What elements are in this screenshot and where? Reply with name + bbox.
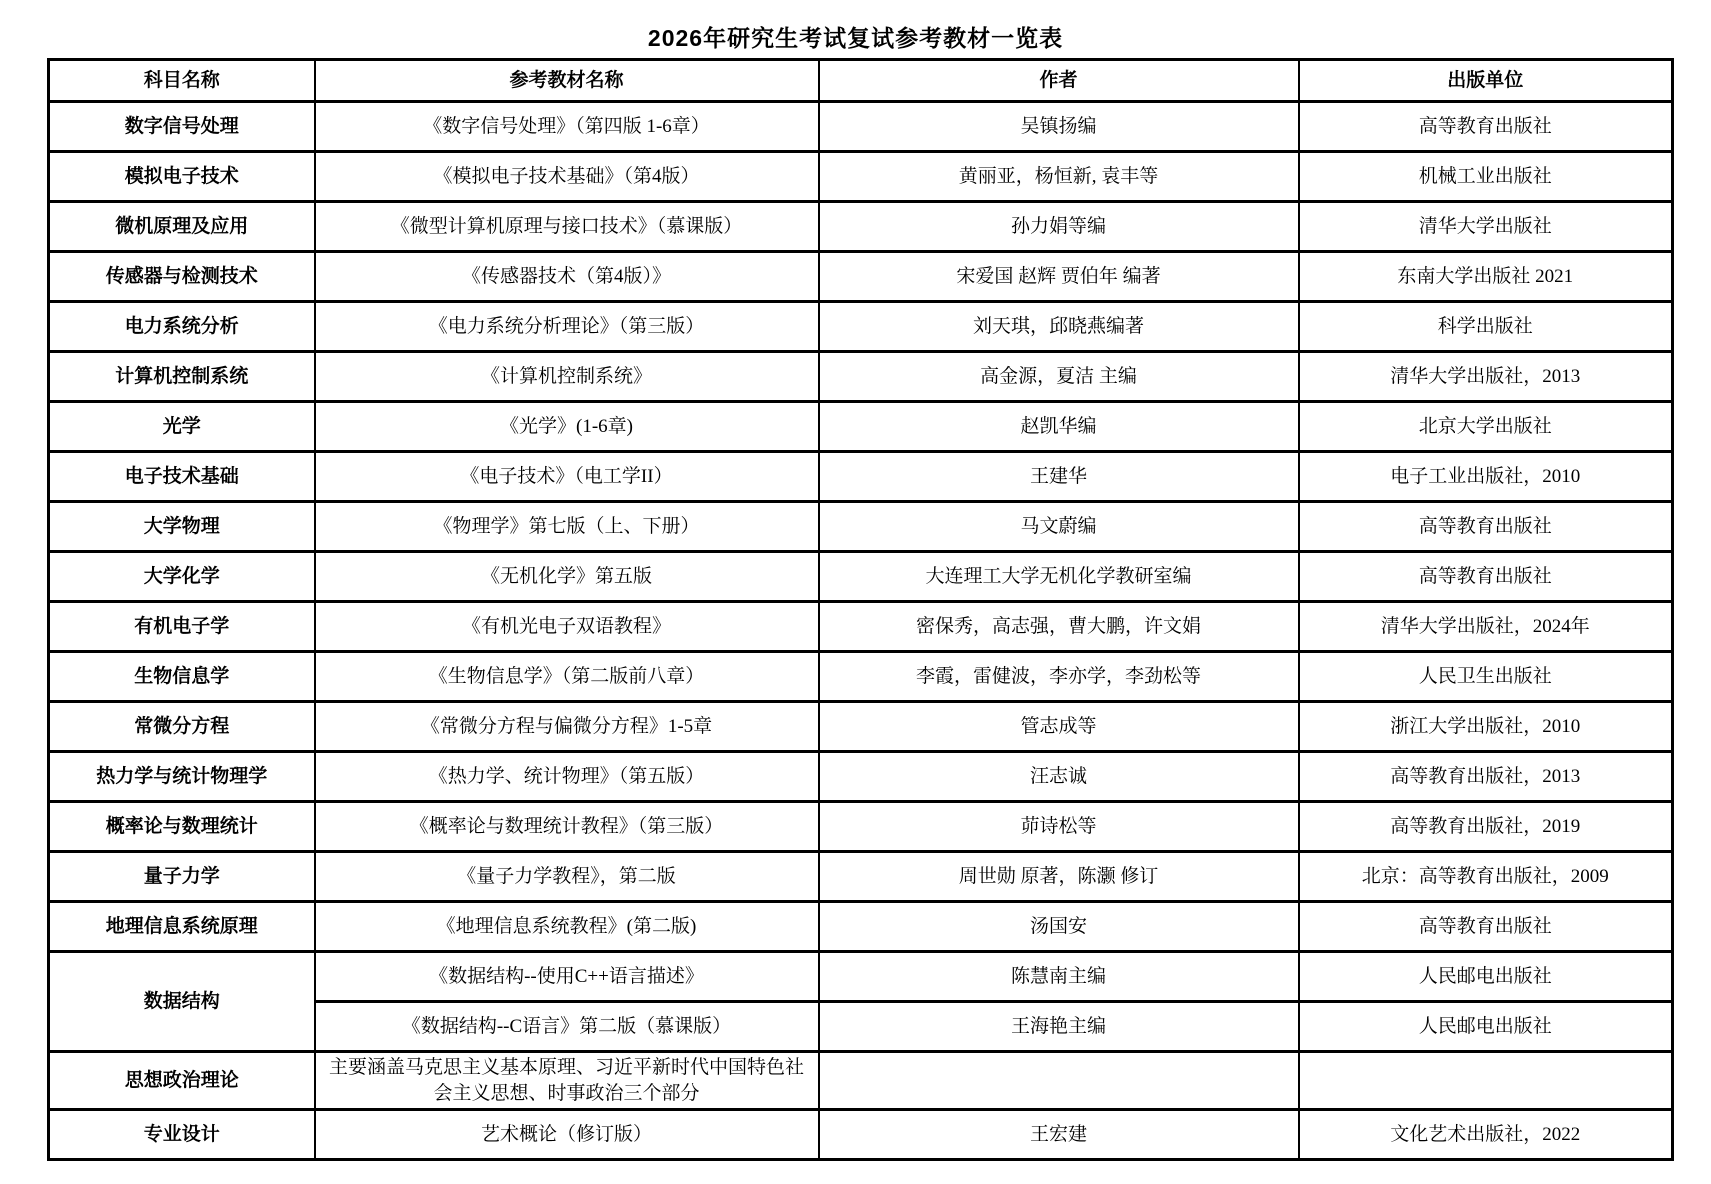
publisher-cell: 高等教育出版社 bbox=[1299, 552, 1673, 602]
header-row: 科目名称 参考教材名称 作者 出版单位 bbox=[49, 60, 1673, 102]
author-cell: 周世勋 原著，陈灏 修订 bbox=[819, 852, 1299, 902]
table-row: 地理信息系统原理《地理信息系统教程》(第二版)汤国安高等教育出版社 bbox=[49, 902, 1673, 952]
author-cell bbox=[819, 1052, 1299, 1110]
table-row: 思想政治理论主要涵盖马克思主义基本原理、习近平新时代中国特色社会主义思想、时事政… bbox=[49, 1052, 1673, 1110]
publisher-cell: 北京：高等教育出版社，2009 bbox=[1299, 852, 1673, 902]
table-row: 传感器与检测技术《传感器技术（第4版）》宋爱国 赵辉 贾伯年 编著东南大学出版社… bbox=[49, 252, 1673, 302]
publisher-cell: 高等教育出版社，2013 bbox=[1299, 752, 1673, 802]
subject-cell: 概率论与数理统计 bbox=[49, 802, 315, 852]
subject-cell: 思想政治理论 bbox=[49, 1052, 315, 1110]
author-cell: 王海艳主编 bbox=[819, 1002, 1299, 1052]
subject-cell: 常微分方程 bbox=[49, 702, 315, 752]
textbook-cell: 《地理信息系统教程》(第二版) bbox=[315, 902, 819, 952]
table-row: 概率论与数理统计《概率论与数理统计教程》（第三版）茆诗松等高等教育出版社，201… bbox=[49, 802, 1673, 852]
publisher-cell: 人民邮电出版社 bbox=[1299, 952, 1673, 1002]
textbook-cell: 《有机光电子双语教程》 bbox=[315, 602, 819, 652]
subject-cell: 模拟电子技术 bbox=[49, 152, 315, 202]
author-cell: 陈慧南主编 bbox=[819, 952, 1299, 1002]
publisher-cell bbox=[1299, 1052, 1673, 1110]
author-cell: 马文蔚编 bbox=[819, 502, 1299, 552]
textbook-cell: 《计算机控制系统》 bbox=[315, 352, 819, 402]
author-cell: 密保秀，高志强，曹大鹏，许文娟 bbox=[819, 602, 1299, 652]
table-row: 微机原理及应用《微型计算机原理与接口技术》（慕课版）孙力娟等编清华大学出版社 bbox=[49, 202, 1673, 252]
publisher-cell: 清华大学出版社 bbox=[1299, 202, 1673, 252]
textbook-cell: 主要涵盖马克思主义基本原理、习近平新时代中国特色社会主义思想、时事政治三个部分 bbox=[315, 1052, 819, 1110]
header-subject: 科目名称 bbox=[49, 60, 315, 102]
subject-cell: 大学化学 bbox=[49, 552, 315, 602]
subject-cell: 专业设计 bbox=[49, 1110, 315, 1160]
subject-cell: 电子技术基础 bbox=[49, 452, 315, 502]
subject-cell: 传感器与检测技术 bbox=[49, 252, 315, 302]
author-cell: 吴镇扬编 bbox=[819, 102, 1299, 152]
publisher-cell: 高等教育出版社 bbox=[1299, 502, 1673, 552]
publisher-cell: 清华大学出版社，2013 bbox=[1299, 352, 1673, 402]
textbook-cell: 《数据结构--使用C++语言描述》 bbox=[315, 952, 819, 1002]
subject-cell: 量子力学 bbox=[49, 852, 315, 902]
author-cell: 茆诗松等 bbox=[819, 802, 1299, 852]
textbook-cell: 《电力系统分析理论》（第三版） bbox=[315, 302, 819, 352]
subject-cell: 数字信号处理 bbox=[49, 102, 315, 152]
author-cell: 刘天琪，邱晓燕编著 bbox=[819, 302, 1299, 352]
table-row: 专业设计艺术概论（修订版）王宏建文化艺术出版社，2022 bbox=[49, 1110, 1673, 1160]
textbook-cell: 《量子力学教程》，第二版 bbox=[315, 852, 819, 902]
textbook-cell: 《无机化学》第五版 bbox=[315, 552, 819, 602]
subject-cell: 热力学与统计物理学 bbox=[49, 752, 315, 802]
author-cell: 王宏建 bbox=[819, 1110, 1299, 1160]
subject-cell: 电力系统分析 bbox=[49, 302, 315, 352]
textbook-cell: 《常微分方程与偏微分方程》1-5章 bbox=[315, 702, 819, 752]
textbook-cell: 《概率论与数理统计教程》（第三版） bbox=[315, 802, 819, 852]
textbook-cell: 《微型计算机原理与接口技术》（慕课版） bbox=[315, 202, 819, 252]
publisher-cell: 人民卫生出版社 bbox=[1299, 652, 1673, 702]
author-cell: 大连理工大学无机化学教研室编 bbox=[819, 552, 1299, 602]
header-publisher: 出版单位 bbox=[1299, 60, 1673, 102]
author-cell: 汤国安 bbox=[819, 902, 1299, 952]
publisher-cell: 高等教育出版社，2019 bbox=[1299, 802, 1673, 852]
publisher-cell: 高等教育出版社 bbox=[1299, 902, 1673, 952]
page-title: 2026年研究生考试复试参考教材一览表 bbox=[0, 0, 1711, 58]
author-cell: 赵凯华编 bbox=[819, 402, 1299, 452]
subject-cell: 大学物理 bbox=[49, 502, 315, 552]
table-body: 数字信号处理《数字信号处理》（第四版 1-6章）吴镇扬编高等教育出版社模拟电子技… bbox=[49, 102, 1673, 1160]
table-row: 光学《光学》(1-6章)赵凯华编北京大学出版社 bbox=[49, 402, 1673, 452]
table-row: 有机电子学《有机光电子双语教程》密保秀，高志强，曹大鹏，许文娟清华大学出版社，2… bbox=[49, 602, 1673, 652]
publisher-cell: 机械工业出版社 bbox=[1299, 152, 1673, 202]
textbook-cell: 《传感器技术（第4版）》 bbox=[315, 252, 819, 302]
table-row: 热力学与统计物理学《热力学、统计物理》（第五版）汪志诚高等教育出版社，2013 bbox=[49, 752, 1673, 802]
table-row: 量子力学《量子力学教程》，第二版周世勋 原著，陈灏 修订北京：高等教育出版社，2… bbox=[49, 852, 1673, 902]
subject-cell: 光学 bbox=[49, 402, 315, 452]
textbook-cell: 《电子技术》（电工学II） bbox=[315, 452, 819, 502]
author-cell: 管志成等 bbox=[819, 702, 1299, 752]
author-cell: 高金源，夏洁 主编 bbox=[819, 352, 1299, 402]
publisher-cell: 东南大学出版社 2021 bbox=[1299, 252, 1673, 302]
publisher-cell: 电子工业出版社，2010 bbox=[1299, 452, 1673, 502]
author-cell: 李霞，雷健波，李亦学，李劲松等 bbox=[819, 652, 1299, 702]
textbook-cell: 艺术概论（修订版） bbox=[315, 1110, 819, 1160]
textbook-cell: 《物理学》第七版（上、下册） bbox=[315, 502, 819, 552]
subject-cell: 生物信息学 bbox=[49, 652, 315, 702]
publisher-cell: 浙江大学出版社，2010 bbox=[1299, 702, 1673, 752]
subject-cell: 计算机控制系统 bbox=[49, 352, 315, 402]
table-row: 电子技术基础《电子技术》（电工学II）王建华电子工业出版社，2010 bbox=[49, 452, 1673, 502]
textbook-cell: 《热力学、统计物理》（第五版） bbox=[315, 752, 819, 802]
table-row: 电力系统分析《电力系统分析理论》（第三版）刘天琪，邱晓燕编著科学出版社 bbox=[49, 302, 1673, 352]
table-row: 模拟电子技术《模拟电子技术基础》（第4版）黄丽亚，杨恒新, 袁丰等机械工业出版社 bbox=[49, 152, 1673, 202]
publisher-cell: 科学出版社 bbox=[1299, 302, 1673, 352]
table-row: 大学物理《物理学》第七版（上、下册）马文蔚编高等教育出版社 bbox=[49, 502, 1673, 552]
author-cell: 孙力娟等编 bbox=[819, 202, 1299, 252]
subject-cell: 有机电子学 bbox=[49, 602, 315, 652]
header-author: 作者 bbox=[819, 60, 1299, 102]
author-cell: 汪志诚 bbox=[819, 752, 1299, 802]
publisher-cell: 清华大学出版社，2024年 bbox=[1299, 602, 1673, 652]
textbook-cell: 《数字信号处理》（第四版 1-6章） bbox=[315, 102, 819, 152]
publisher-cell: 人民邮电出版社 bbox=[1299, 1002, 1673, 1052]
table-row: 大学化学《无机化学》第五版大连理工大学无机化学教研室编高等教育出版社 bbox=[49, 552, 1673, 602]
subject-cell: 数据结构 bbox=[49, 952, 315, 1052]
table-row: 数据结构《数据结构--使用C++语言描述》陈慧南主编人民邮电出版社 bbox=[49, 952, 1673, 1002]
table-row: 生物信息学《生物信息学》（第二版前八章）李霞，雷健波，李亦学，李劲松等人民卫生出… bbox=[49, 652, 1673, 702]
textbook-cell: 《生物信息学》（第二版前八章） bbox=[315, 652, 819, 702]
header-textbook: 参考教材名称 bbox=[315, 60, 819, 102]
author-cell: 宋爱国 赵辉 贾伯年 编著 bbox=[819, 252, 1299, 302]
publisher-cell: 文化艺术出版社，2022 bbox=[1299, 1110, 1673, 1160]
author-cell: 王建华 bbox=[819, 452, 1299, 502]
subject-cell: 地理信息系统原理 bbox=[49, 902, 315, 952]
table-row: 数字信号处理《数字信号处理》（第四版 1-6章）吴镇扬编高等教育出版社 bbox=[49, 102, 1673, 152]
textbook-cell: 《模拟电子技术基础》（第4版） bbox=[315, 152, 819, 202]
publisher-cell: 北京大学出版社 bbox=[1299, 402, 1673, 452]
subject-cell: 微机原理及应用 bbox=[49, 202, 315, 252]
table-row: 常微分方程《常微分方程与偏微分方程》1-5章管志成等浙江大学出版社，2010 bbox=[49, 702, 1673, 752]
textbook-table: 科目名称 参考教材名称 作者 出版单位 数字信号处理《数字信号处理》（第四版 1… bbox=[47, 58, 1674, 1161]
publisher-cell: 高等教育出版社 bbox=[1299, 102, 1673, 152]
textbook-cell: 《数据结构--C语言》第二版（慕课版） bbox=[315, 1002, 819, 1052]
textbook-cell: 《光学》(1-6章) bbox=[315, 402, 819, 452]
author-cell: 黄丽亚，杨恒新, 袁丰等 bbox=[819, 152, 1299, 202]
table-row: 计算机控制系统《计算机控制系统》高金源，夏洁 主编清华大学出版社，2013 bbox=[49, 352, 1673, 402]
